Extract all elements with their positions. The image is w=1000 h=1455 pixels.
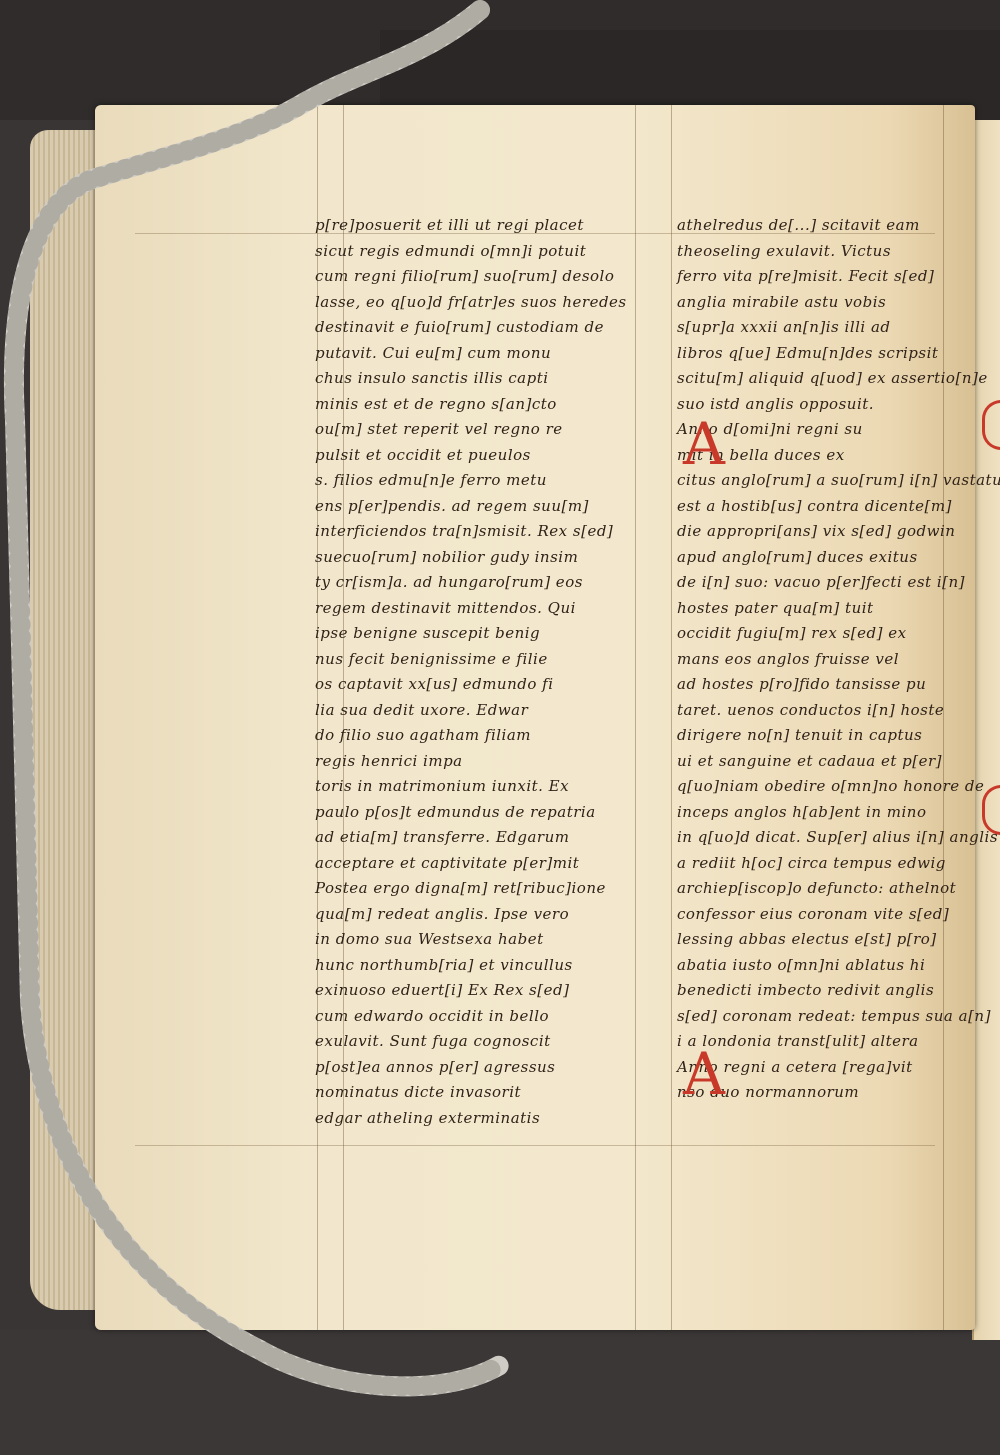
manuscript-line: theoseling exulavit. Victus — [677, 239, 1000, 265]
manuscript-line: ferro vita p[re]misit. Fecit s[ed] — [677, 264, 1000, 290]
decorated-initial: A — [683, 415, 725, 473]
manuscript-line: scitu[m] aliquid q[uod] ex assertio[n]e — [677, 366, 1000, 392]
manuscript-line: chus insulo sanctis illis capti — [315, 366, 627, 392]
right-text-column: athelredus de[...] scitavit eamtheoselin… — [677, 213, 1000, 1106]
manuscript-line: s[ed] coronam redeat: tempus sua a[n] — [677, 1004, 1000, 1030]
manuscript-line: regis henrici impa — [315, 749, 627, 775]
manuscript-line: minis est et de regno s[an]cto — [315, 392, 627, 418]
manuscript-line: Postea ergo digna[m] ret[ribuc]ione — [315, 876, 627, 902]
manuscript-line: ui et sanguine et cadaua et p[er] — [677, 749, 1000, 775]
manuscript-line: est a hostib[us] contra dicente[m] — [677, 494, 1000, 520]
manuscript-line: benedicti imbecto redivit anglis — [677, 978, 1000, 1004]
manuscript-line: de i[n] suo: vacuo p[er]fecti est i[n] — [677, 570, 1000, 596]
manuscript-line: citus anglo[rum] a suo[rum] i[n] vastatu… — [677, 468, 1000, 494]
manuscript-line: suo istd anglis opposuit. — [677, 392, 1000, 418]
ruling-line — [135, 1145, 935, 1146]
manuscript-line: acceptare et captivitate p[er]mit — [315, 851, 627, 877]
manuscript-line: edgar atheling exterminatis — [315, 1106, 627, 1132]
manuscript-line: inceps anglos h[ab]ent in mino — [677, 800, 1000, 826]
manuscript-line: suecuo[rum] nobilior gudy insim — [315, 545, 627, 571]
manuscript-line: archiep[iscop]o defuncto: athelnot — [677, 876, 1000, 902]
manuscript-line: die appropri[ans] vix s[ed] godwin — [677, 519, 1000, 545]
manuscript-line: p[ost]ea annos p[er] agressus — [315, 1055, 627, 1081]
manuscript-line: pulsit et occidit et pueulos — [315, 443, 627, 469]
manuscript-line: do filio suo agatham filiam — [315, 723, 627, 749]
background-bottom — [0, 1330, 1000, 1455]
manuscript-line: Anno regni a cetera [rega]vit — [677, 1055, 1000, 1081]
manuscript-line: lia sua dedit uxore. Edwar — [315, 698, 627, 724]
manuscript-line: abatia iusto o[mn]ni ablatus hi — [677, 953, 1000, 979]
manuscript-line: mit in bella duces ex — [677, 443, 1000, 469]
manuscript-line: s[upr]a xxxii an[n]is illi ad — [677, 315, 1000, 341]
manuscript-line: anglia mirabile astu vobis — [677, 290, 1000, 316]
manuscript-line: os captavit xx[us] edmundo fi — [315, 672, 627, 698]
manuscript-line: confessor eius coronam vite s[ed] — [677, 902, 1000, 928]
manuscript-line: interficiendos tra[n]smisit. Rex s[ed] — [315, 519, 627, 545]
manuscript-line: nominatus dicte invasorit — [315, 1080, 627, 1106]
ruling-line — [635, 105, 636, 1330]
manuscript-line: paulo p[os]t edmundus de repatria — [315, 800, 627, 826]
manuscript-line: lasse, eo q[uo]d fr[atr]es suos heredes — [315, 290, 627, 316]
manuscript-line: putavit. Cui eu[m] cum monu — [315, 341, 627, 367]
manuscript-line: s. filios edmu[n]e ferro metu — [315, 468, 627, 494]
manuscript-line: in domo sua Westsexa habet — [315, 927, 627, 953]
manuscript-line: exinuoso eduert[i] Ex Rex s[ed] — [315, 978, 627, 1004]
manuscript-line: taret. uenos conductos i[n] hoste — [677, 698, 1000, 724]
manuscript-line: hunc northumb[ria] et vincullus — [315, 953, 627, 979]
manuscript-line: ens p[er]pendis. ad regem suu[m] — [315, 494, 627, 520]
manuscript-line: a rediit h[oc] circa tempus edwig — [677, 851, 1000, 877]
manuscript-line: athelredus de[...] scitavit eam — [677, 213, 1000, 239]
manuscript-line: ad etia[m] transferre. Edgarum — [315, 825, 627, 851]
manuscript-line: cum regni filio[rum] suo[rum] desolo — [315, 264, 627, 290]
manuscript-line: ou[m] stet reperit vel regno re — [315, 417, 627, 443]
decorated-initial: A — [683, 1045, 725, 1103]
manuscript-line: lessing abbas electus e[st] p[ro] — [677, 927, 1000, 953]
manuscript-line: destinavit e fuio[rum] custodiam de — [315, 315, 627, 341]
left-text-column: p[re]posuerit et illi ut regi placetsicu… — [315, 213, 627, 1131]
ruling-line — [671, 105, 672, 1330]
manuscript-line: toris in matrimonium iunxit. Ex — [315, 774, 627, 800]
manuscript-line: occidit fugiu[m] rex s[ed] ex — [677, 621, 1000, 647]
manuscript-line: nus fecit benignissime e filie — [315, 647, 627, 673]
manuscript-line: hostes pater qua[m] tuit — [677, 596, 1000, 622]
manuscript-line: q[uo]niam obedire o[mn]no honore de — [677, 774, 1000, 800]
manuscript-line: apud anglo[rum] duces exitus — [677, 545, 1000, 571]
manuscript-line: ty cr[ism]a. ad hungaro[rum] eos — [315, 570, 627, 596]
manuscript-line: qua[m] redeat anglis. Ipse vero — [315, 902, 627, 928]
manuscript-line: nso duo normannorum — [677, 1080, 1000, 1106]
manuscript-line: i a londonia transt[ulit] altera — [677, 1029, 1000, 1055]
manuscript-line: p[re]posuerit et illi ut regi placet — [315, 213, 627, 239]
manuscript-line: mans eos anglos fruisse vel — [677, 647, 1000, 673]
manuscript-page: p[re]posuerit et illi ut regi placetsicu… — [95, 105, 975, 1330]
manuscript-line: sicut regis edmundi o[mn]i potuit — [315, 239, 627, 265]
manuscript-line: in q[uo]d dicat. Sup[er] alius i[n] angl… — [677, 825, 1000, 851]
manuscript-line: libros q[ue] Edmu[n]des scripsit — [677, 341, 1000, 367]
manuscript-line: exulavit. Sunt fuga cognoscit — [315, 1029, 627, 1055]
manuscript-line: ipse benigne suscepit benig — [315, 621, 627, 647]
manuscript-line: regem destinavit mittendos. Qui — [315, 596, 627, 622]
manuscript-line: dirigere no[n] tenuit in captus — [677, 723, 1000, 749]
manuscript-line: cum edwardo occidit in bello — [315, 1004, 627, 1030]
manuscript-line: ad hostes p[ro]fido tansisse pu — [677, 672, 1000, 698]
manuscript-line: Anno d[omi]ni regni su — [677, 417, 1000, 443]
